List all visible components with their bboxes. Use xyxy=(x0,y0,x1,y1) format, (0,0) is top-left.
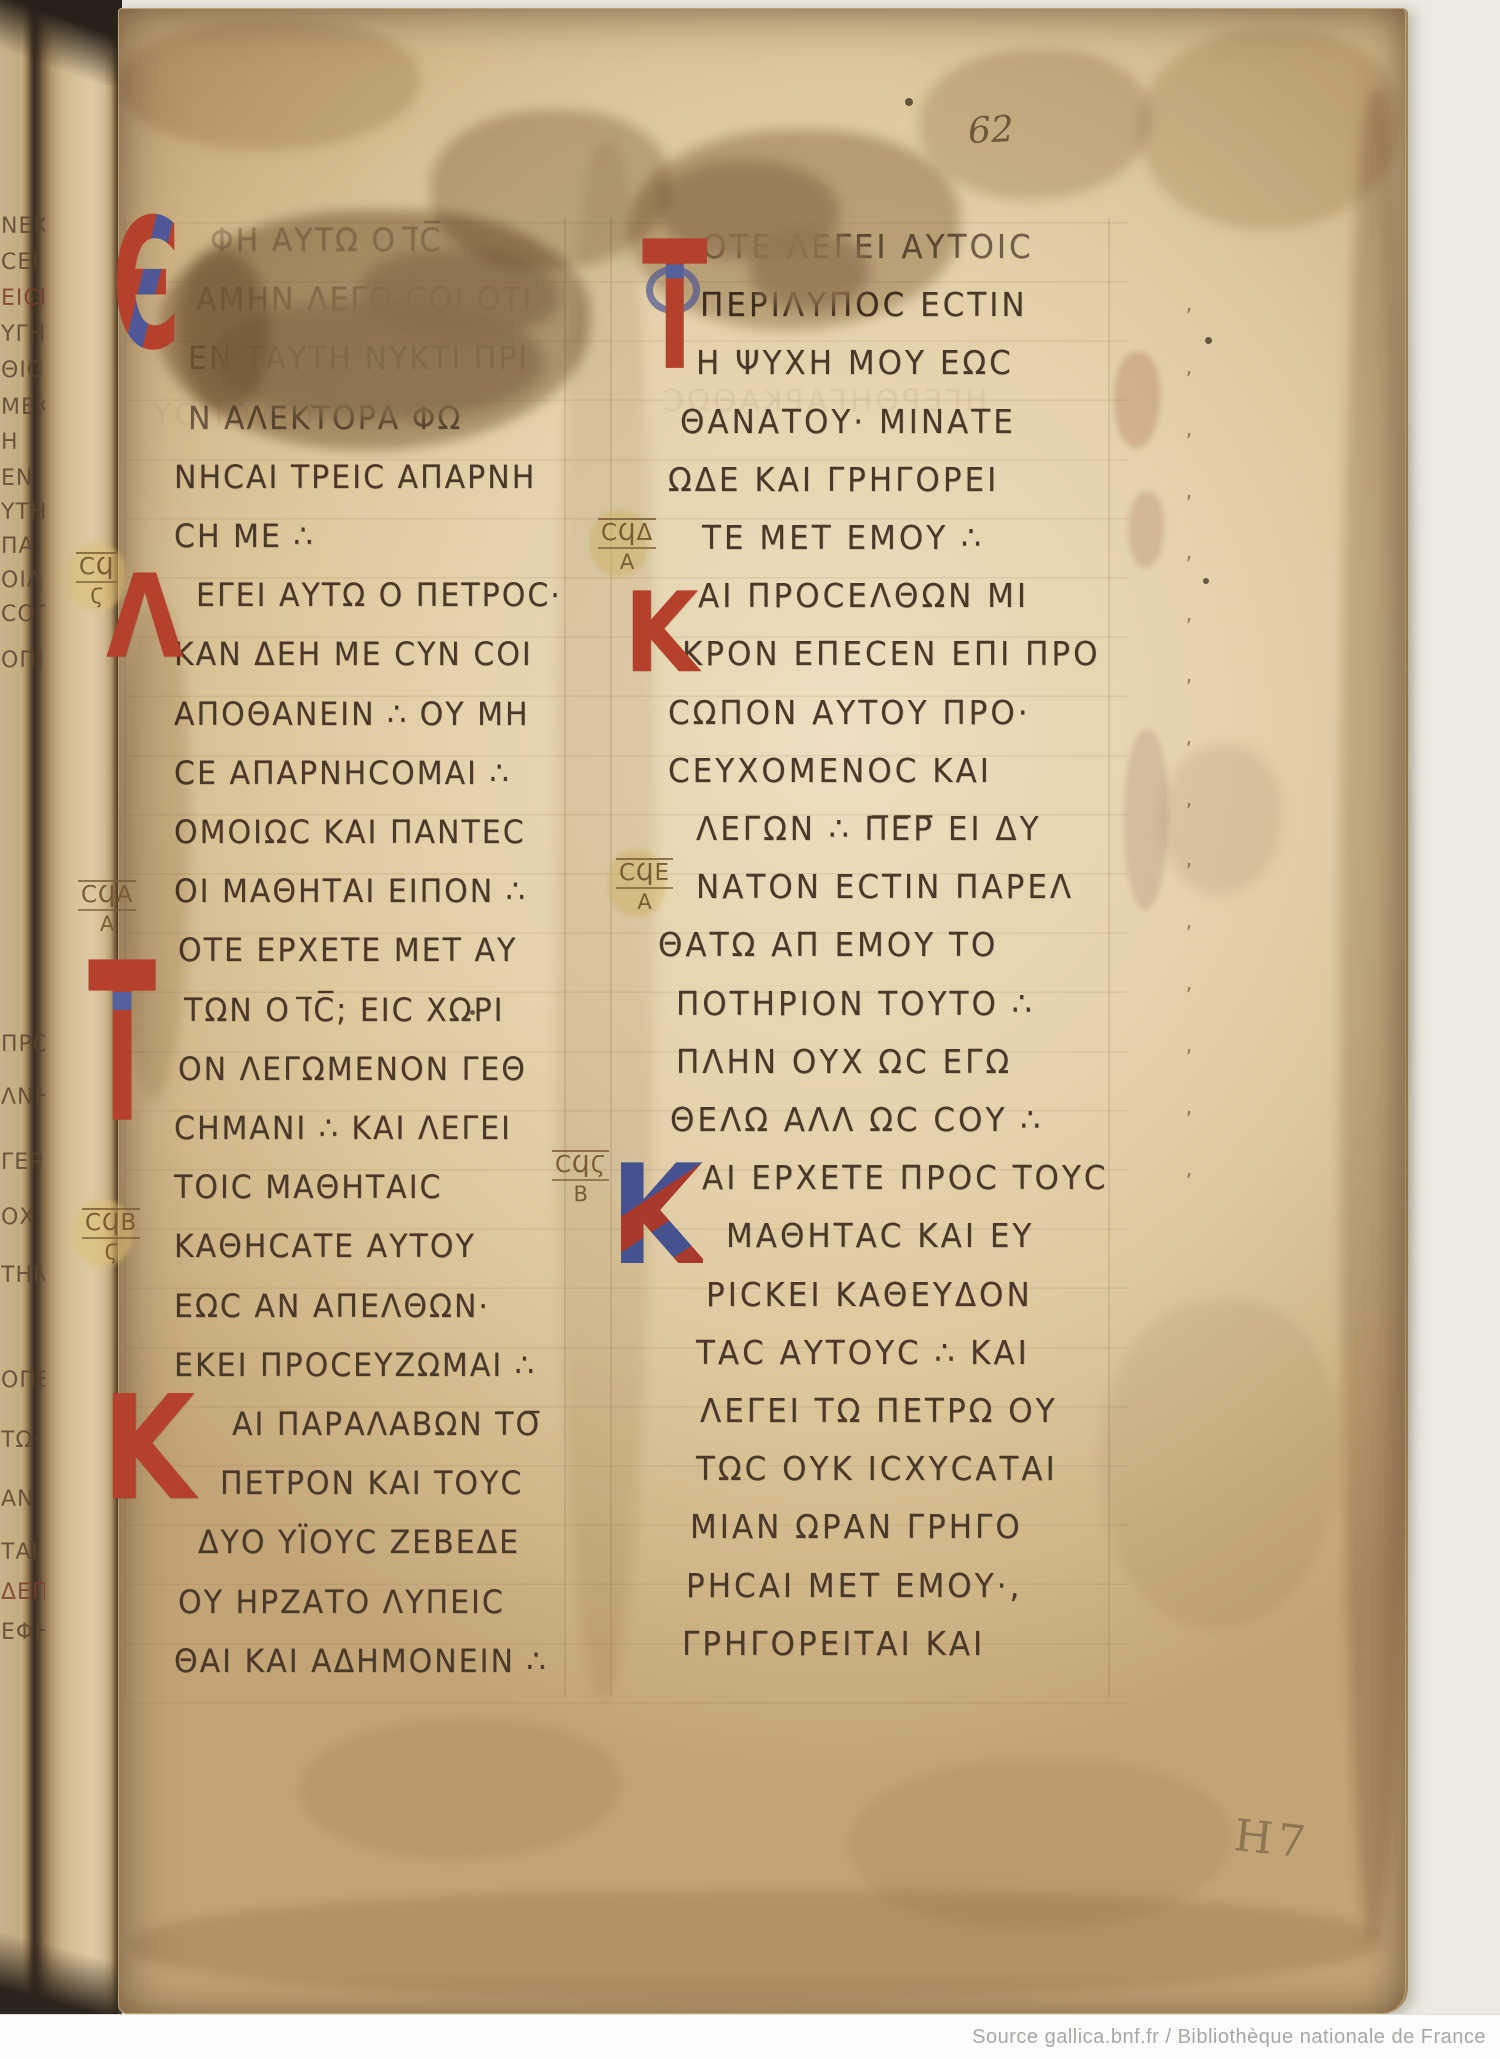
illuminated-initial: Λ xyxy=(106,560,183,675)
manuscript-line: ΘΑΙ ΚΑΙ ΑΔΗΜΟΝΕΙΝ ∴ xyxy=(174,1643,548,1680)
manuscript-line: ΓΡΗΓΟΡΕΙΤΑΙ ΚΑΙ xyxy=(682,1625,985,1664)
canon-number: Ϛ xyxy=(82,1239,140,1263)
manuscript-line: ΤΑC ΑΥΤΟΥC ∴ ΚΑΙ xyxy=(696,1334,1030,1373)
eusebian-section-mark: ϹϤΒϚ xyxy=(82,1208,140,1263)
facing-page-text-fragment: ΟΠΕ xyxy=(1,1368,45,1393)
manuscript-line: ΑΙ ΕΡΧΕΤΕ ΠΡΟC ΤΟΥC xyxy=(702,1159,1109,1198)
canon-number: Ϛ xyxy=(76,583,118,607)
ink-speck xyxy=(905,98,913,106)
manuscript-line: ΟΝ ΛΕΓΩΜΕΝΟΝ ΓΕΘ xyxy=(178,1051,527,1088)
facing-page-text-fragment: CΟΠΡ xyxy=(1,602,45,627)
verso-show-through xyxy=(1128,492,1164,568)
section-number: ϹϤΒ xyxy=(82,1208,140,1239)
eusebian-section-mark: ϹϤϚΒ xyxy=(552,1150,609,1205)
manuscript-line: ΑΙ ΠΡΟCΕΛΘΩΝ ΜΙ xyxy=(698,577,1029,616)
quire-signature: Η7 xyxy=(1232,1810,1313,1869)
manuscript-page: ΦΗ ΑΥΤΩ Ο Ι̅C̅ΑΜΗΝ ΛΕΓΩ CΟΙ ΟΤΙΕΝ ΤΑΥΤΗ … xyxy=(118,8,1408,2014)
facing-page-text-fragment: ΑΝ xyxy=(1,1487,45,1512)
illuminated-initial: Τ xyxy=(642,218,707,396)
illuminated-initial: Κ xyxy=(102,1378,195,1522)
illuminated-initial: Є xyxy=(112,196,180,376)
manuscript-line: ΤΟΙC ΜΑΘΗΤΑΙC xyxy=(174,1169,443,1206)
facing-page-text-fragment: ΤΗΝ xyxy=(1,1263,45,1288)
ink-speck xyxy=(1205,337,1212,344)
facing-page-text-fragment: ΠΑ xyxy=(1,534,45,559)
margin-tick-mark: ’ xyxy=(1185,1170,1195,1196)
manuscript-line: ΚΡΟΝ ΕΠΕCΕΝ ΕΠΙ ΠΡΟ xyxy=(682,635,1101,674)
manuscript-line: Η ΨΥΧΗ ΜΟΥ ΕΩC xyxy=(696,344,1014,383)
manuscript-line: ΕΩC ΑΝ ΑΠΕΛΘΩΝ· xyxy=(174,1288,490,1325)
canon-number: Α xyxy=(598,549,656,573)
manuscript-line: ΟΙ ΜΑΘΗΤΑΙ ΕΙΠΟΝ ∴ xyxy=(174,873,527,910)
digitized-manuscript-scan: ΝΕΚCΕΙΕΙCΙΥΓΗΘΙCΜΕΚΗΕΝΥΤΗ∴ΠΑΟΙΛΙΕCΟΠΡΟΠΙ… xyxy=(0,0,1500,2059)
manuscript-line: ΟΜΟΙΩC ΚΑΙ ΠΑΝΤΕC xyxy=(174,814,526,851)
manuscript-line: ΤΩΝ Ο Ι̅C̅; ΕΙC ΧΩΡΙ xyxy=(184,992,505,1029)
facing-page-text-fragment: ΔΕΠ xyxy=(1,1580,45,1605)
facing-page-text-fragment: ΕΝ xyxy=(1,466,45,491)
facing-page-text-fragment: ΤΑΙ xyxy=(1,1540,45,1565)
manuscript-line: ΠΛΗΝ ΟΥΧ ΩC ΕΓΩ xyxy=(676,1043,1012,1082)
eusebian-section-mark: ϹϤϚ xyxy=(76,552,118,607)
margin-tick-mark: ’ xyxy=(1185,492,1195,518)
section-number: ϹϤΔ xyxy=(598,518,656,549)
manuscript-line: ΤΕ ΜΕΤ ΕΜΟΥ ∴ xyxy=(702,519,984,558)
manuscript-line: ΕΓΕΙ ΑΥΤΩ Ο ΠΕΤΡΟC· xyxy=(196,577,562,614)
manuscript-line: ΠΕΤΡΟΝ ΚΑΙ ΤΟΥC xyxy=(220,1465,523,1502)
margin-tick-mark: ’ xyxy=(1185,1046,1195,1072)
facing-page-text-fragment: CΕΙ xyxy=(1,250,45,275)
stain xyxy=(130,1890,1380,2000)
facing-page-text-fragment: ΜΕΚ xyxy=(1,395,45,420)
manuscript-line: ΟΥ ΗΡΖΑΤΟ ΛΥΠΕΙC xyxy=(178,1584,505,1621)
facing-page-text-fragment: ΟΧ xyxy=(1,1205,45,1230)
stain xyxy=(1100,1300,1340,1630)
manuscript-line: ΚΑΝ ΔΕΗ ΜΕ CΥΝ CΟΙ xyxy=(174,636,533,673)
facing-page-text-fragment: ΘΙC xyxy=(1,358,45,383)
manuscript-line: ΡΙCΚΕΙ ΚΑΘΕΥΔΟΝ xyxy=(706,1276,1033,1315)
eusebian-section-mark: ϹϤΔΑ xyxy=(598,518,656,573)
canon-number: Α xyxy=(78,911,136,935)
footer-credit-text: Source gallica.bnf.fr / Bibliothèque nat… xyxy=(972,2015,1486,2059)
manuscript-line: ΛΕΓΕΙ ΤΩ ΠΕΤΡΩ ΟΥ xyxy=(700,1392,1058,1431)
illuminated-initial: Κ xyxy=(624,578,698,688)
facing-page-text-fragment: ΥΓΗ xyxy=(1,322,45,347)
facing-page-text-fragment: ΛΝΗ· xyxy=(1,1085,45,1110)
margin-tick-mark: ’ xyxy=(1185,676,1195,702)
facing-page-text-fragment: ΟΙΛΙΕ xyxy=(1,568,45,593)
facing-page-text-fragment: ΤΩ· xyxy=(1,1428,45,1453)
manuscript-line: ΩΔΕ ΚΑΙ ΓΡΗΓΟΡΕΙ xyxy=(668,461,999,500)
margin-tick-mark: ’ xyxy=(1185,553,1195,579)
folio-number: 62 xyxy=(967,109,1015,152)
manuscript-line: ΕΚΕΙ ΠΡΟCΕΥΖΩΜΑΙ ∴ xyxy=(174,1347,536,1384)
facing-page-text-fragment: ΕΦΗ xyxy=(1,1620,45,1645)
verso-show-through xyxy=(1114,352,1160,448)
margin-tick-mark: ’ xyxy=(1185,922,1195,948)
margin-tick-mark: ’ xyxy=(1185,615,1195,641)
manuscript-line: ΝΗCΑΙ ΤΡΕΙC ΑΠΑΡΝΗ xyxy=(174,459,536,496)
manuscript-line: CΗΜΑΝΙ ∴ ΚΑΙ ΛΕΓΕΙ xyxy=(174,1110,512,1147)
manuscript-line: CΗ ΜΕ ∴ xyxy=(174,518,315,555)
canon-number: Β xyxy=(552,1181,609,1205)
margin-tick-mark: ’ xyxy=(1185,368,1195,394)
manuscript-line: ΠΟΤΗΡΙΟΝ ΤΟΥΤΟ ∴ xyxy=(676,985,1034,1024)
verso-show-through xyxy=(1162,745,1282,895)
manuscript-line: ΑΠΟΘΑΝΕΙΝ ∴ ΟΥ ΜΗ xyxy=(174,696,530,733)
manuscript-line: ΔΥΟ ΥΪΟΥC ΖΕΒΕΔΕ xyxy=(198,1524,520,1561)
eusebian-section-mark: ϹϤΑΑ xyxy=(78,880,136,935)
canon-number: Α xyxy=(616,889,673,913)
manuscript-line: ΘΑΝΑΤΟΥ· ΜΙΝΑΤΕ xyxy=(680,403,1016,442)
manuscript-line: CΩΠΟΝ ΑΥΤΟΥ ΠΡΟ· xyxy=(668,694,1031,733)
manuscript-line: ΛΕΓΩΝ ∴ Π̅Ε̅Ρ̅ ΕΙ ΔΥ xyxy=(696,810,1042,849)
manuscript-line: ΜΙΑΝ ΩΡΑΝ ΓΡΗΓΟ xyxy=(690,1508,1023,1547)
manuscript-line: ΟΤΕ ΕΡΧΕΤΕ ΜΕΤ ΑΥ xyxy=(178,932,517,969)
illuminated-initial: Κ xyxy=(610,1148,703,1286)
eusebian-section-mark: ϹϤΕΑ xyxy=(616,858,673,913)
manuscript-line: ΤΩC ΟΥΚ ΙCΧΥCΑΤΑΙ xyxy=(696,1450,1058,1489)
manuscript-line: ΚΑΘΗCΑΤΕ ΑΥΤΟΥ xyxy=(174,1228,476,1265)
manuscript-line: ΘΑΤΩ ΑΠ ΕΜΟΥ ΤΟ xyxy=(658,926,998,965)
facing-page-text-fragment: ΠΡΟ xyxy=(1,1032,45,1057)
margin-tick-mark: ’ xyxy=(1185,1108,1195,1134)
section-number: ϹϤΕ xyxy=(616,858,673,889)
ink-speck xyxy=(470,1010,475,1015)
section-number: ϹϤΑ xyxy=(78,880,136,911)
manuscript-line: CΕ ΑΠΑΡΝΗCΟΜΑΙ ∴ xyxy=(174,755,511,792)
stain xyxy=(1340,90,1410,1940)
manuscript-line: ΝΑΤΟΝ ΕCΤΙΝ ΠΑΡΕΛ xyxy=(696,868,1074,907)
section-number: ϹϤ xyxy=(76,552,118,583)
section-number: ϹϤϚ xyxy=(552,1150,609,1181)
stain xyxy=(920,50,1150,200)
facing-page-text-fragment: ΓΕΡ xyxy=(1,1150,45,1175)
facing-page-text-fragment: Η xyxy=(1,430,45,455)
manuscript-line: ΡΗCΑΙ ΜΕΤ ΕΜΟΥ·, xyxy=(686,1567,1022,1606)
facing-page-text-fragment: ΝΕΚ xyxy=(1,214,45,239)
ink-speck xyxy=(1203,578,1209,584)
footer-credit-bar: Source gallica.bnf.fr / Bibliothèque nat… xyxy=(0,2014,1500,2059)
stain xyxy=(300,1720,620,1860)
facing-page-text-fragment: ΥΤΗ∴ xyxy=(1,500,45,525)
stain xyxy=(120,20,420,150)
margin-tick-mark: ’ xyxy=(1185,305,1195,331)
facing-page-text-fragment: ΕΙCΙ xyxy=(1,286,45,311)
binding-shadow-top xyxy=(0,0,122,85)
manuscript-line: ΘΕΛΩ ΑΛΛ ΩC CΟΥ ∴ xyxy=(670,1101,1043,1140)
illuminated-initial: Τ xyxy=(88,935,156,1155)
facing-page-text-fragment: ΟΠΙC xyxy=(1,648,45,673)
margin-tick-mark: ’ xyxy=(1185,984,1195,1010)
manuscript-line: ΑΙ ΠΑΡΑΛΑΒΩΝ ΤΟ̅ xyxy=(232,1406,541,1443)
margin-tick-mark: ’ xyxy=(1185,430,1195,456)
manuscript-line: CΕΥΧΟΜΕΝΟC ΚΑΙ xyxy=(668,752,992,791)
manuscript-line: ΜΑΘΗΤΑC ΚΑΙ ΕΥ xyxy=(726,1217,1034,1256)
binding-shadow-bottom xyxy=(0,1928,122,2014)
